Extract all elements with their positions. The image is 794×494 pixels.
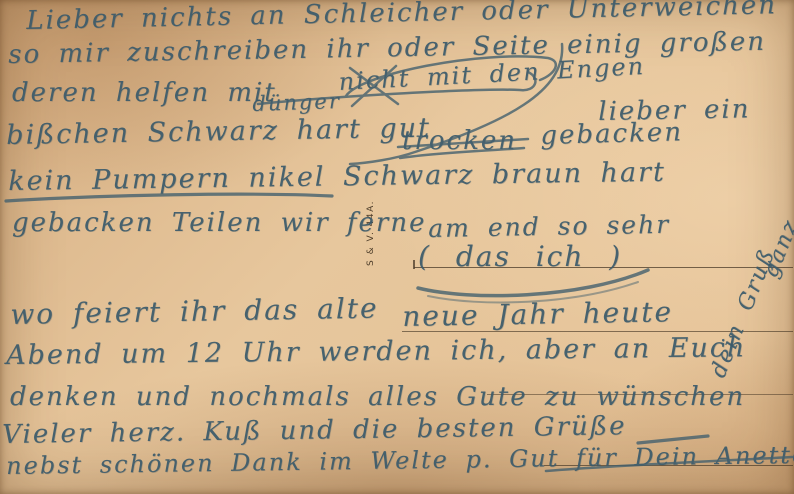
handwriting-line: gebacken Teilen wir ferne	[12, 208, 426, 238]
handwriting-line: bißchen Schwarz hart gut	[6, 113, 431, 151]
postcard-scan: S & V. 44A. Lieber nichts an Schleicher …	[0, 0, 794, 494]
handwriting-line: ( das ich )	[418, 240, 622, 273]
handwriting-line: gebacken	[540, 117, 683, 151]
handwriting-line: dünger	[252, 89, 341, 116]
bracket-flourish	[418, 270, 648, 296]
handwriting-line: wo feiert ihr das alte	[10, 292, 379, 331]
handwriting-line: denken und nochmals alles Gute zu wünsch…	[10, 382, 745, 412]
handwriting-line: deren helfen mit	[12, 78, 277, 108]
handwriting-line: neue Jahr heute	[402, 295, 673, 333]
handwriting-line: kein Pumpern nikel Schwarz braun hart	[8, 157, 666, 197]
handwriting-line: trocken	[402, 126, 517, 156]
handwriting-line: Abend um 12 Uhr werden ich, aber an Euch	[6, 332, 747, 371]
handwriting-line: am end so sehr	[428, 210, 670, 243]
ruled-line-tick	[413, 260, 415, 269]
